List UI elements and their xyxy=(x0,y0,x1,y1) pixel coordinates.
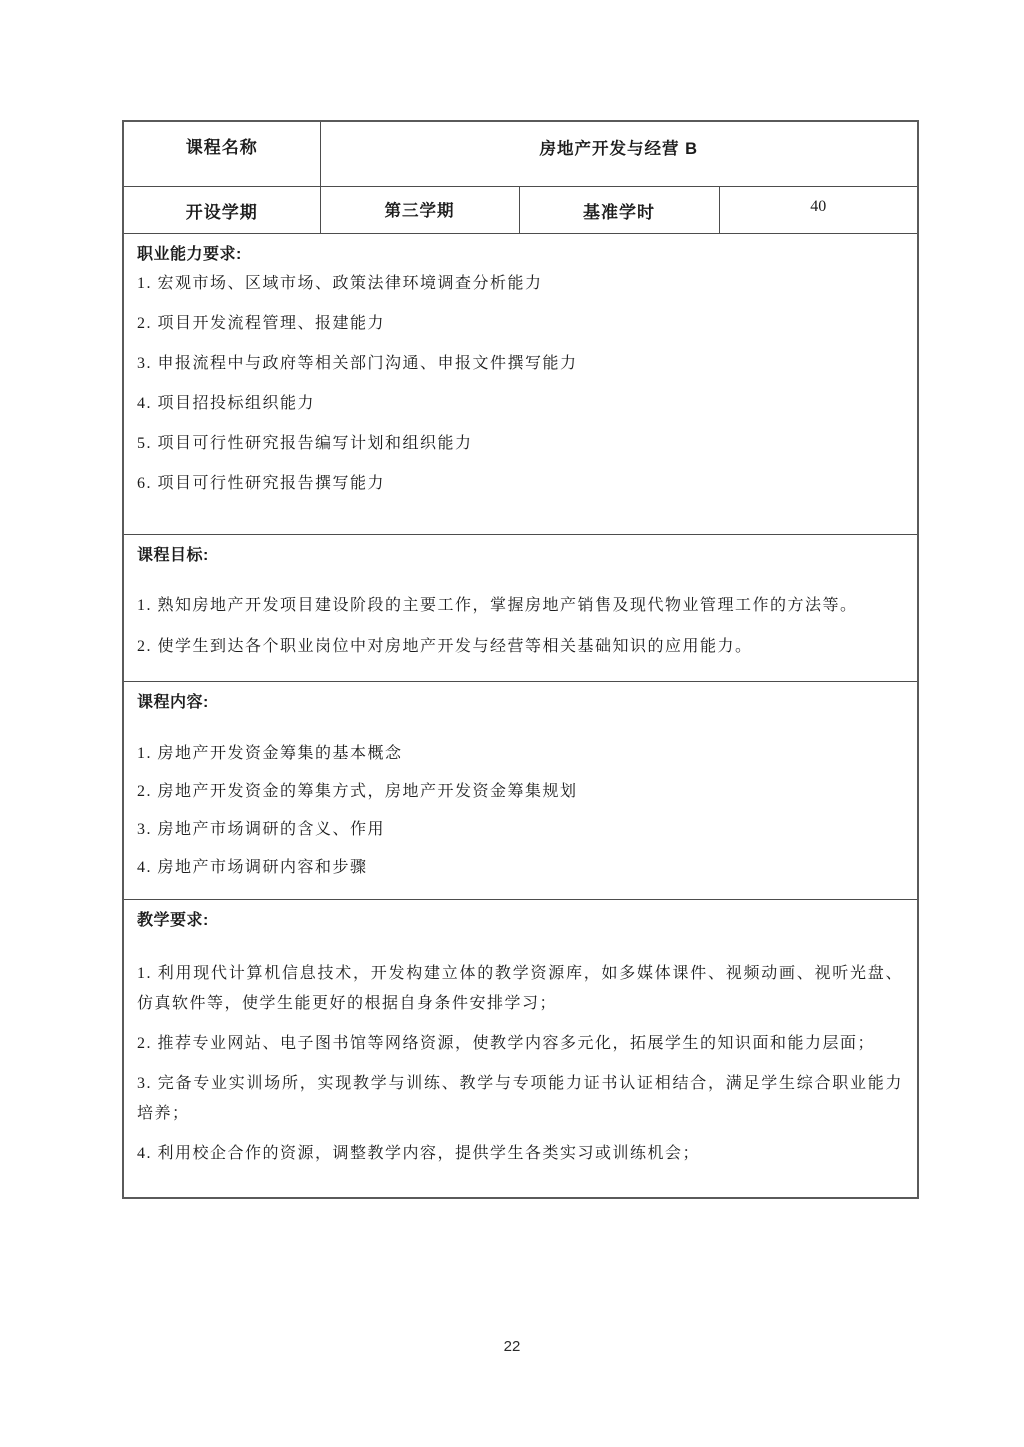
ability-item: 6. 项目可行性研究报告撰写能力 xyxy=(137,471,903,496)
content-item: 3. 房地产市场调研的含义、作用 xyxy=(137,817,903,842)
section-content: 课程内容: 1. 房地产开发资金筹集的基本概念 2. 房地产开发资金的筹集方式，… xyxy=(123,681,918,899)
course-name-label: 课程名称 xyxy=(123,121,320,186)
ability-section-title: 职业能力要求: xyxy=(137,242,903,267)
page-number: 22 xyxy=(0,1338,1024,1355)
requirements-item: 3. 完备专业实训场所，实现教学与训练、教学与专项能力证书认证相结合，满足学生综… xyxy=(137,1069,903,1129)
semester-value: 第三学期 xyxy=(320,186,519,233)
course-syllabus-table: 课程名称 房地产开发与经营 B 开设学期 第三学期 基准学时 40 职业能力要求… xyxy=(122,120,919,1199)
requirements-section-title: 教学要求: xyxy=(137,908,903,933)
objectives-item: 2. 使学生到达各个职业岗位中对房地产开发与经营等相关基础知识的应用能力。 xyxy=(137,634,903,659)
content-item: 2. 房地产开发资金的筹集方式，房地产开发资金筹集规划 xyxy=(137,779,903,804)
ability-item: 5. 项目可行性研究报告编写计划和组织能力 xyxy=(137,431,903,456)
content-section-title: 课程内容: xyxy=(137,690,903,715)
content-item: 4. 房地产市场调研内容和步骤 xyxy=(137,855,903,880)
document-page: 课程名称 房地产开发与经营 B 开设学期 第三学期 基准学时 40 职业能力要求… xyxy=(0,0,1024,1447)
hours-value: 40 xyxy=(719,186,918,233)
ability-item: 3. 申报流程中与政府等相关部门沟通、申报文件撰写能力 xyxy=(137,351,903,376)
hours-label: 基准学时 xyxy=(519,186,719,233)
ability-section-row: 职业能力要求: 1. 宏观市场、区域市场、政策法律环境调查分析能力 2. 项目开… xyxy=(123,233,918,534)
section-ability: 职业能力要求: 1. 宏观市场、区域市场、政策法律环境调查分析能力 2. 项目开… xyxy=(123,233,918,534)
requirements-item: 1. 利用现代计算机信息技术，开发构建立体的教学资源库，如多媒体课件、视频动画、… xyxy=(137,959,903,1019)
ability-item: 4. 项目招投标组织能力 xyxy=(137,391,903,416)
course-name-value: 房地产开发与经营 B xyxy=(320,121,918,186)
content-section-row: 课程内容: 1. 房地产开发资金筹集的基本概念 2. 房地产开发资金的筹集方式，… xyxy=(123,681,918,899)
objectives-section-row: 课程目标: 1. 熟知房地产开发项目建设阶段的主要工作，掌握房地产销售及现代物业… xyxy=(123,534,918,681)
ability-item: 1. 宏观市场、区域市场、政策法律环境调查分析能力 xyxy=(137,271,903,296)
objectives-section-title: 课程目标: xyxy=(137,543,903,568)
requirements-item: 2. 推荐专业网站、电子图书馆等网络资源，使教学内容多元化，拓展学生的知识面和能… xyxy=(137,1029,903,1059)
semester-label: 开设学期 xyxy=(123,186,320,233)
section-requirements: 教学要求: 1. 利用现代计算机信息技术，开发构建立体的教学资源库，如多媒体课件… xyxy=(123,899,918,1198)
section-objectives: 课程目标: 1. 熟知房地产开发项目建设阶段的主要工作，掌握房地产销售及现代物业… xyxy=(123,534,918,681)
content-item: 1. 房地产开发资金筹集的基本概念 xyxy=(137,741,903,766)
ability-item: 2. 项目开发流程管理、报建能力 xyxy=(137,311,903,336)
requirements-item: 4. 利用校企合作的资源，调整教学内容，提供学生各类实习或训练机会； xyxy=(137,1139,903,1169)
course-name-row: 课程名称 房地产开发与经营 B xyxy=(123,121,918,186)
requirements-section-row: 教学要求: 1. 利用现代计算机信息技术，开发构建立体的教学资源库，如多媒体课件… xyxy=(123,899,918,1198)
objectives-item: 1. 熟知房地产开发项目建设阶段的主要工作，掌握房地产销售及现代物业管理工作的方… xyxy=(137,593,903,618)
semester-hours-row: 开设学期 第三学期 基准学时 40 xyxy=(123,186,918,233)
